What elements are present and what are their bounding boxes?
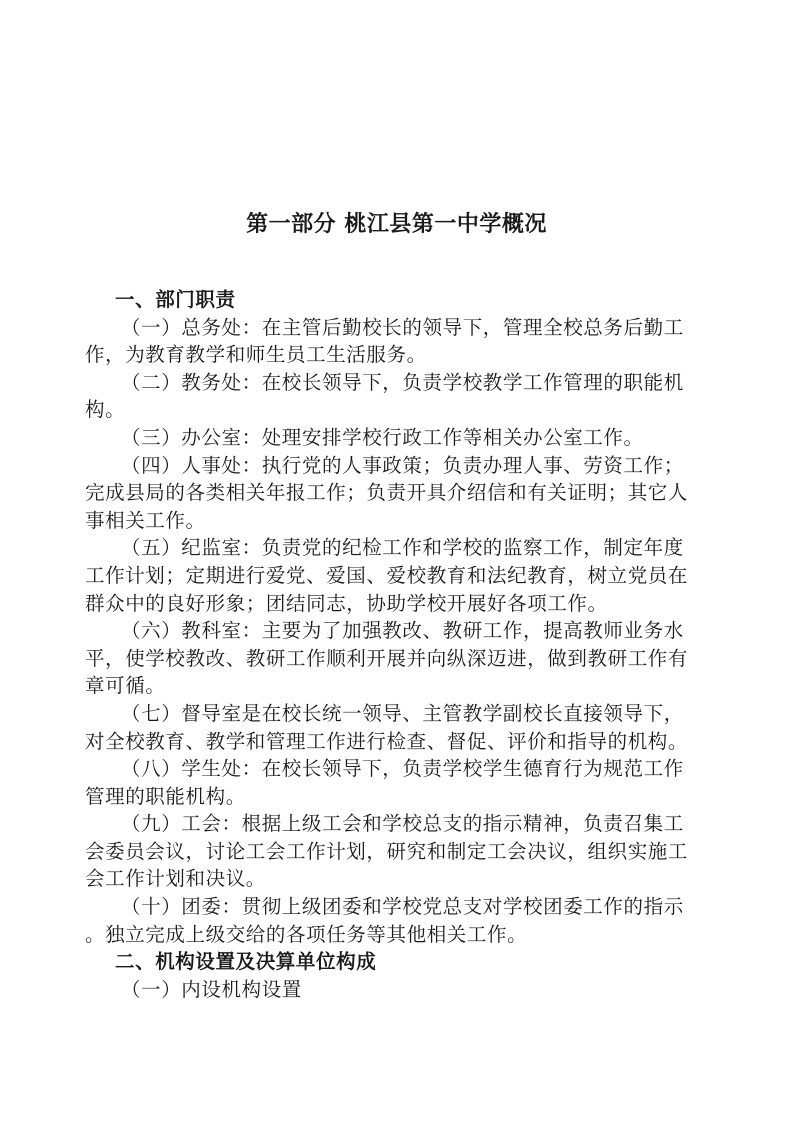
text-line: （五）纪监室：负责党的纪检工作和学校的监察工作，制定年度 xyxy=(85,534,715,562)
text-line: 群众中的良好形象；团结同志，协助学校开展好各项工作。 xyxy=(85,590,715,618)
text-line: 章可循。 xyxy=(85,672,715,700)
paragraph-office: （三）办公室：处理安排学校行政工作等相关办公室工作。 xyxy=(85,424,715,452)
text-line: （三）办公室：处理安排学校行政工作等相关办公室工作。 xyxy=(85,424,715,452)
paragraph-supervision: （七）督导室是在校长统一领导、主管教学副校长直接领导下， 对全校教育、教学和管理… xyxy=(85,700,715,755)
page-title: 第一部分 桃江县第一中学概况 xyxy=(0,207,793,238)
paragraph-research: （六）教科室：主要为了加强教改、教研工作，提高教师业务水 平，使学校教改、教研工… xyxy=(85,617,715,700)
text-line: 对全校教育、教学和管理工作进行检查、督促、评价和指导的机构。 xyxy=(85,728,715,756)
paragraph-personnel: （四）人事处：执行党的人事政策；负责办理人事、劳资工作； 完成县局的各类相关年报… xyxy=(85,452,715,535)
text-line: 构。 xyxy=(85,396,715,424)
text-line: （一）总务处：在主管后勤校长的领导下，管理全校总务后勤工 xyxy=(85,314,715,342)
paragraph-discipline: （五）纪监室：负责党的纪检工作和学校的监察工作，制定年度 工作计划；定期进行爱党… xyxy=(85,534,715,617)
section-heading-duties: 一、部门职责 xyxy=(85,286,715,314)
document-page: 第一部分 桃江县第一中学概况 一、部门职责 （一）总务处：在主管后勤校长的领导下… xyxy=(0,0,793,1122)
paragraph-union: （九）工会：根据上级工会和学校总支的指示精神，负责召集工 会委员会议，讨论工会工… xyxy=(85,810,715,893)
text-line: 管理的职能机构。 xyxy=(85,783,715,811)
text-line: 会工作计划和决议。 xyxy=(85,865,715,893)
text-line: （十）团委：贯彻上级团委和学校党总支对学校团委工作的指示 xyxy=(85,893,715,921)
text-line: （八）学生处：在校长领导下，负责学校学生德育行为规范工作 xyxy=(85,755,715,783)
text-line: （二）教务处：在校长领导下，负责学校教学工作管理的职能机 xyxy=(85,369,715,397)
text-line: 事相关工作。 xyxy=(85,507,715,535)
paragraph-academic-affairs: （二）教务处：在校长领导下，负责学校教学工作管理的职能机 构。 xyxy=(85,369,715,424)
text-line: （一）内设机构设置 xyxy=(85,976,715,1004)
text-line: 平，使学校教改、教研工作顺利开展并向纵深迈进，做到教研工作有 xyxy=(85,645,715,673)
document-body: 一、部门职责 （一）总务处：在主管后勤校长的领导下，管理全校总务后勤工 作，为教… xyxy=(85,286,715,1003)
text-line: 完成县局的各类相关年报工作；负责开具介绍信和有关证明；其它人 xyxy=(85,479,715,507)
text-line: （四）人事处：执行党的人事政策；负责办理人事、劳资工作； xyxy=(85,452,715,480)
text-line: 工作计划；定期进行爱党、爱国、爱校教育和法纪教育，树立党员在 xyxy=(85,562,715,590)
text-line: （七）督导室是在校长统一领导、主管教学副校长直接领导下， xyxy=(85,700,715,728)
text-line: （九）工会：根据上级工会和学校总支的指示精神，负责召集工 xyxy=(85,810,715,838)
paragraph-general-affairs: （一）总务处：在主管后勤校长的领导下，管理全校总务后勤工 作，为教育教学和师生员… xyxy=(85,314,715,369)
text-line: 会委员会议，讨论工会工作计划，研究和制定工会决议，组织实施工 xyxy=(85,838,715,866)
text-line: （六）教科室：主要为了加强教改、教研工作，提高教师业务水 xyxy=(85,617,715,645)
text-line: 。独立完成上级交给的各项任务等其他相关工作。 xyxy=(85,921,715,949)
section-heading-organization: 二、机构设置及决算单位构成 xyxy=(85,948,715,976)
text-line: 作，为教育教学和师生员工生活服务。 xyxy=(85,341,715,369)
paragraph-internal-setup: （一）内设机构设置 xyxy=(85,976,715,1004)
paragraph-youth-league: （十）团委：贯彻上级团委和学校党总支对学校团委工作的指示 。独立完成上级交给的各… xyxy=(85,893,715,948)
paragraph-student-affairs: （八）学生处：在校长领导下，负责学校学生德育行为规范工作 管理的职能机构。 xyxy=(85,755,715,810)
